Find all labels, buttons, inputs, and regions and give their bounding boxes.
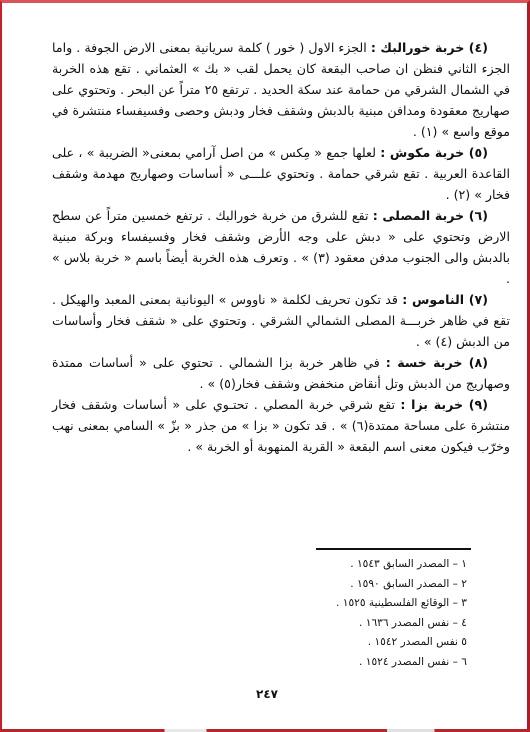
page-number: ٢٤٧: [2, 687, 530, 701]
paragraph-heading: (٩) خربة بزا :: [400, 397, 488, 412]
paragraph-7: (٧) الناموس : قد تكون تحريف لكلمة « ناوو…: [52, 289, 510, 352]
paragraph-4: (٤) خربة خورالبك : الجزء الاول ( خور ) ك…: [52, 37, 510, 142]
paragraph-6: (٦) خربة المصلى : تقع للشرق من خربة خورا…: [52, 205, 510, 289]
paragraph-9: (٩) خربة بزا : تقع شرقي خربة المصلي . تح…: [52, 394, 510, 457]
paragraph-heading: (٥) خربة مكوش :: [380, 145, 488, 160]
footnote-4: ٤ – نفس المصدر ١٦٣٦ .: [292, 614, 467, 634]
paragraph-heading: (٧) الناموس :: [402, 292, 488, 307]
footnotes: ١ – المصدر السابق ١٥٤٣ . ٢ – المصدر السا…: [292, 555, 467, 672]
footnote-6: ٦ – نفس المصدر ١٥٢٤ .: [292, 653, 467, 673]
footnote-5: ٥ نفس المصدر ١٥٤٢ .: [292, 633, 467, 653]
footnote-separator: [316, 548, 471, 550]
page-body: (٤) خربة خورالبك : الجزء الاول ( خور ) ك…: [52, 37, 510, 457]
footnote-2: ٢ – المصدر السابق ١٥٩٠ .: [292, 575, 467, 595]
footnote-1: ١ – المصدر السابق ١٥٤٣ .: [292, 555, 467, 575]
paragraph-heading: (٨) خربة خسة :: [386, 355, 488, 370]
paragraph-8: (٨) خربة خسة : في ظاهر خربة بزا الشمالي …: [52, 352, 510, 394]
footnote-3: ٣ – الوقائع الفلسطينية ١٥٢٥ .: [292, 594, 467, 614]
paragraph-heading: (٤) خربة خورالبك :: [371, 40, 488, 55]
paragraph-5: (٥) خربة مكوش : لعلها جمع « مِكس » من اص…: [52, 142, 510, 205]
page-frame: (٤) خربة خورالبك : الجزء الاول ( خور ) ك…: [0, 0, 530, 732]
paragraph-heading: (٦) خربة المصلى :: [373, 208, 488, 223]
